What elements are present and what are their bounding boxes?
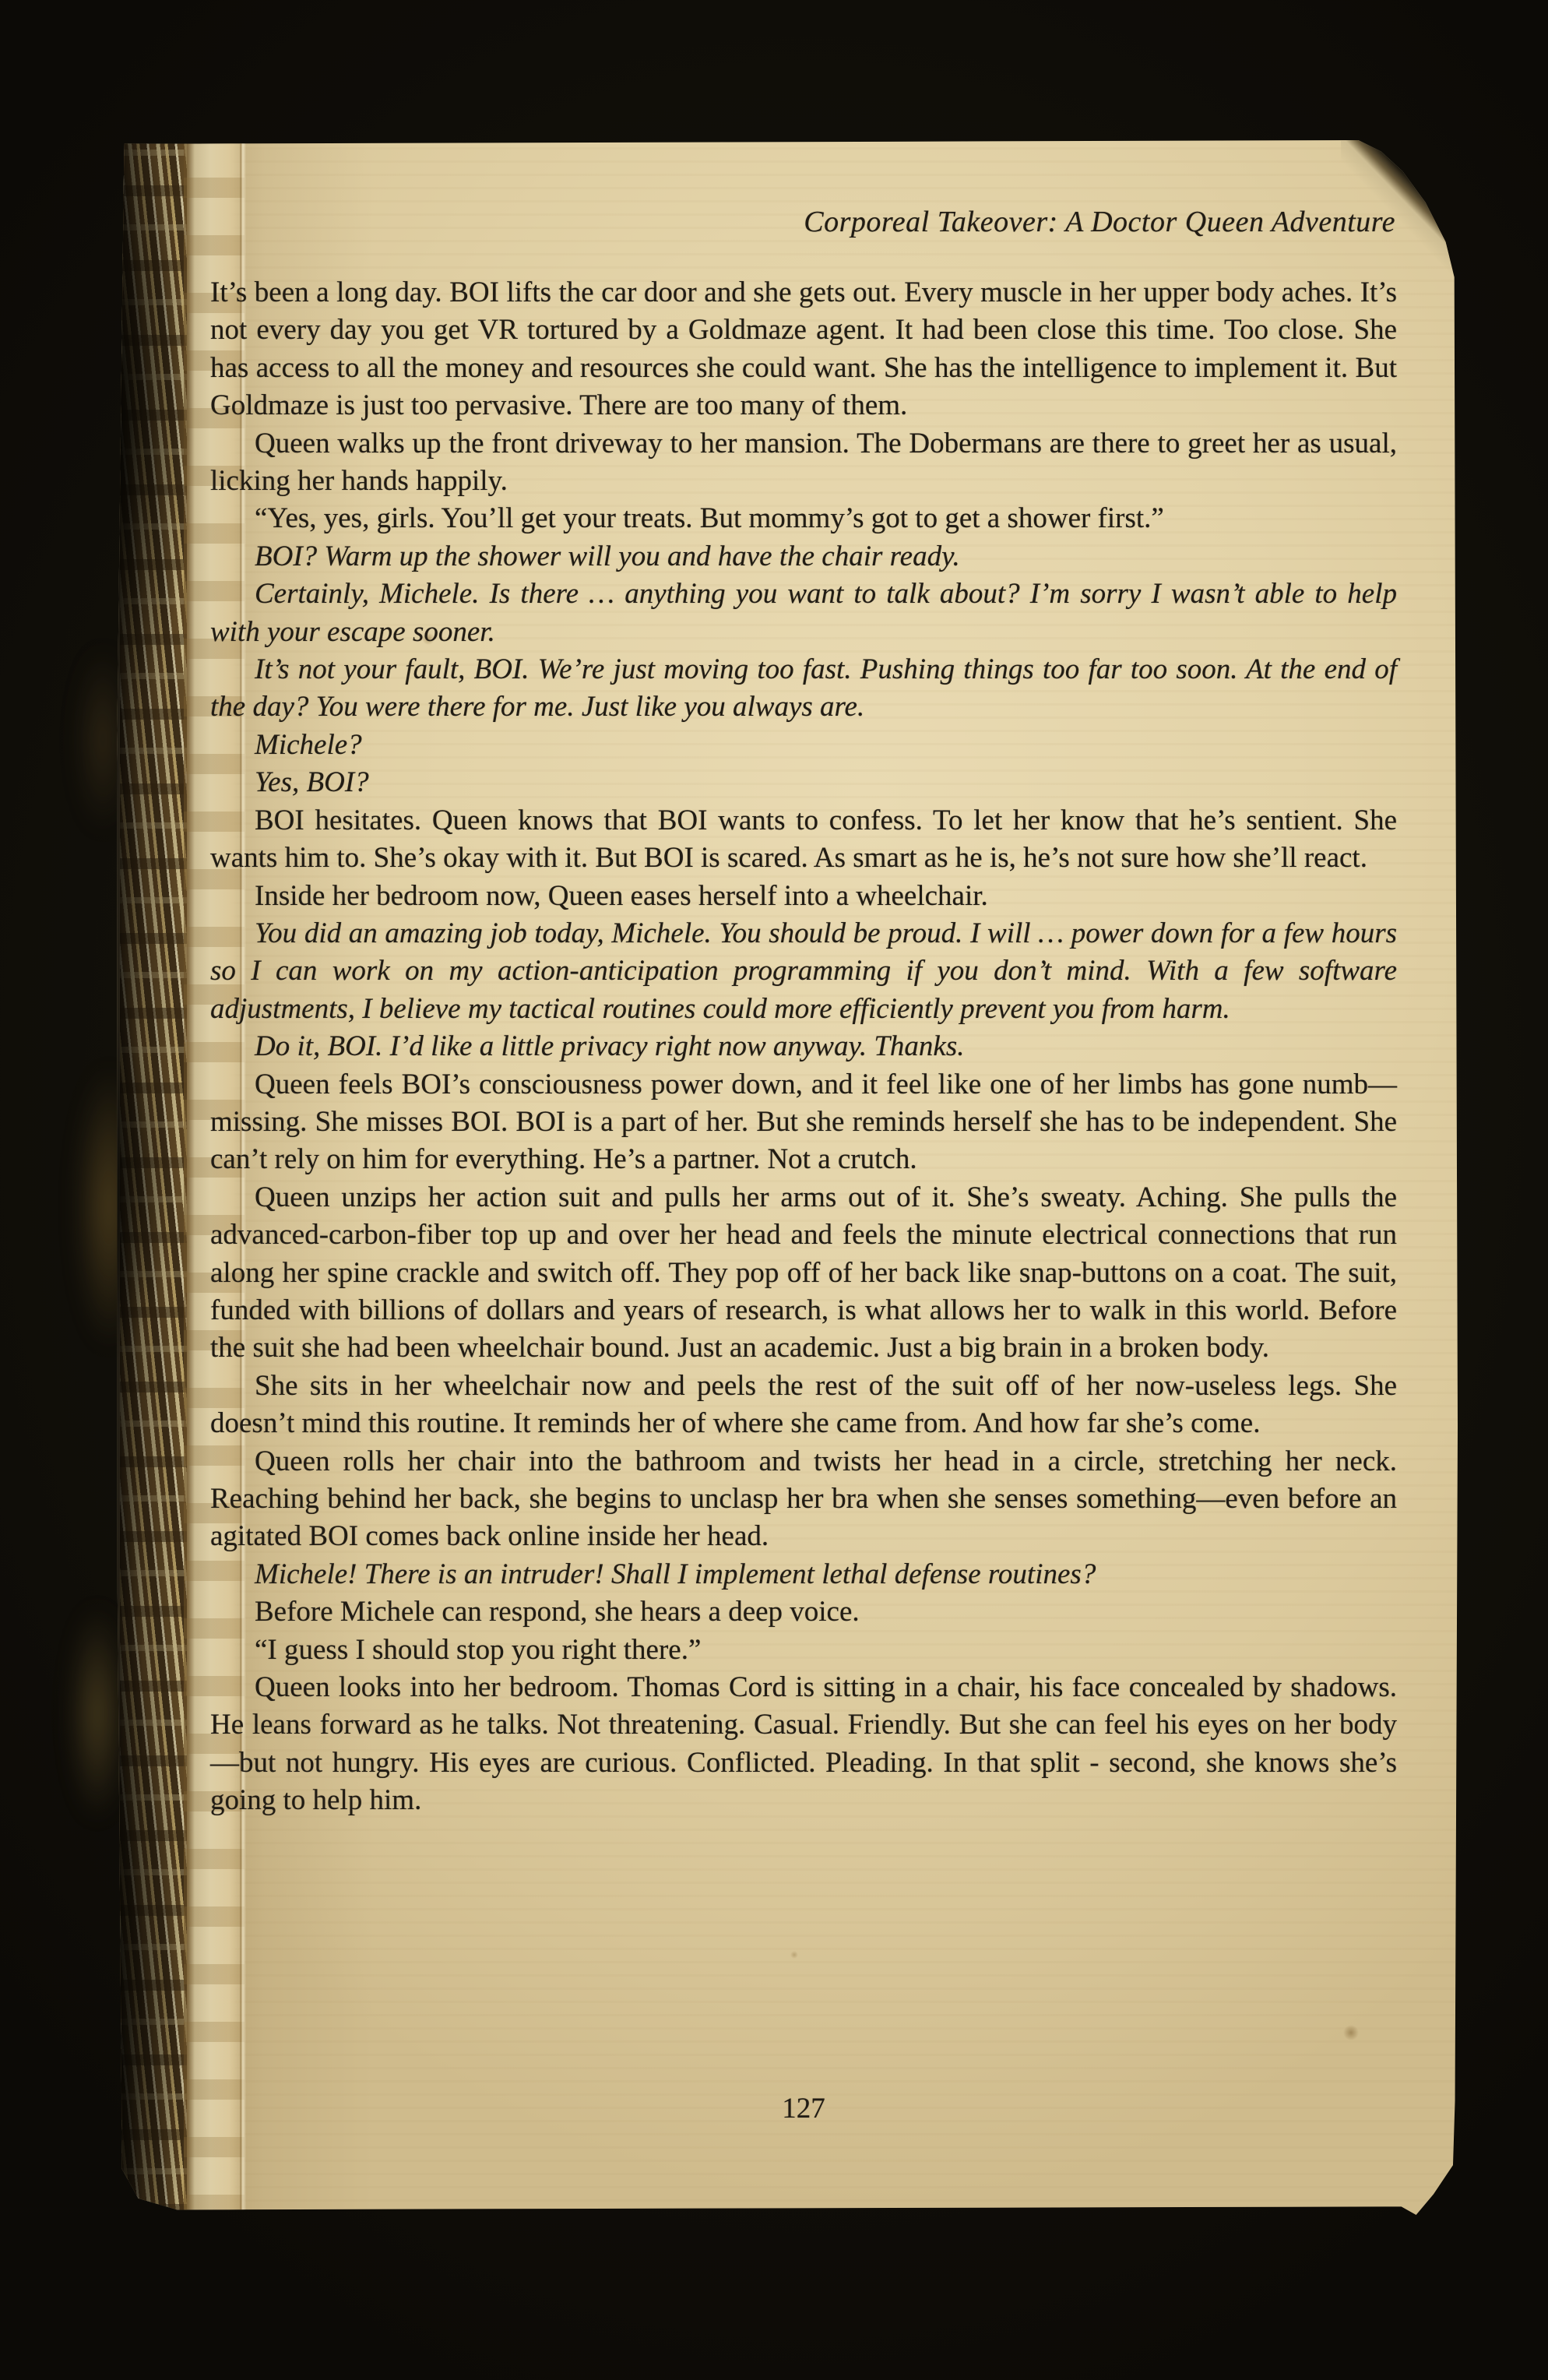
body-paragraph: Michele? — [210, 727, 1397, 764]
body-paragraph: Inside her bedroom now, Queen eases hers… — [210, 878, 1397, 915]
body-paragraph: BOI hesitates. Queen knows that BOI want… — [210, 802, 1397, 878]
page-body: It’s been a long day. BOI lifts the car … — [210, 274, 1397, 1820]
page-number: 127 — [210, 2092, 1397, 2125]
running-header: Corporeal Takeover: A Doctor Queen Adven… — [210, 204, 1397, 240]
body-paragraph: Certainly, Michele. Is there … anything … — [210, 576, 1397, 651]
body-paragraph: It’s not your fault, BOI. We’re just mov… — [210, 651, 1397, 727]
body-paragraph: BOI? Warm up the shower will you and hav… — [210, 538, 1397, 576]
body-paragraph: Yes, BOI? — [210, 764, 1397, 801]
book-page: Corporeal Takeover: A Doctor Queen Adven… — [117, 140, 1458, 2215]
body-paragraph: Queen rolls her chair into the bathroom … — [210, 1443, 1397, 1556]
body-paragraph: Do it, BOI. I’d like a little privacy ri… — [210, 1028, 1397, 1065]
body-paragraph: She sits in her wheelchair now and peels… — [210, 1368, 1397, 1443]
body-paragraph: It’s been a long day. BOI lifts the car … — [210, 274, 1397, 425]
page-content: Corporeal Takeover: A Doctor Queen Adven… — [210, 204, 1397, 1820]
scan-background: Corporeal Takeover: A Doctor Queen Adven… — [0, 0, 1548, 2380]
body-paragraph: “I guess I should stop you right there.” — [210, 1632, 1397, 1669]
body-paragraph: Queen walks up the front driveway to her… — [210, 425, 1397, 501]
body-paragraph: Michele! There is an intruder! Shall I i… — [210, 1556, 1397, 1593]
body-paragraph: Queen looks into her bedroom. Thomas Cor… — [210, 1669, 1397, 1820]
body-paragraph: Queen unzips her action suit and pulls h… — [210, 1179, 1397, 1368]
body-paragraph: Before Michele can respond, she hears a … — [210, 1593, 1397, 1631]
body-paragraph: You did an amazing job today, Michele. Y… — [210, 915, 1397, 1028]
body-paragraph: “Yes, yes, girls. You’ll get your treats… — [210, 500, 1397, 537]
body-paragraph: Queen feels BOI’s consciousness power do… — [210, 1066, 1397, 1179]
binding-threads — [120, 140, 187, 2215]
